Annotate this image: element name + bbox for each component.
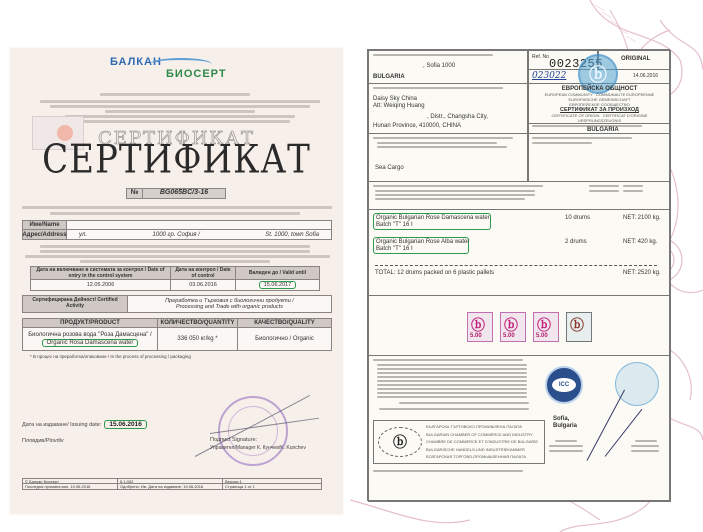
issuing-date-value: 15.06.2016 — [104, 420, 147, 429]
address-part-2: 1000 гр. София / — [153, 232, 200, 238]
chamber-name-fr: CHAMBRE DE COMMERCE ET D'INDUSTRIE DE BU… — [426, 438, 538, 446]
number-label: № — [127, 189, 143, 198]
quality-value: Биологично / Organic — [238, 328, 331, 350]
fine-print-line — [40, 100, 320, 103]
declaration-text-line — [377, 368, 527, 370]
fine-print-line — [50, 105, 310, 108]
certificate-number: № BG065BC/3-16 — [126, 188, 226, 199]
fine-print-line — [22, 206, 332, 209]
origin-country: BULGARIA — [587, 127, 619, 133]
goods-item-1-net: NET: 2100 kg. — [623, 215, 661, 221]
control-date-value: 03.06.2016 — [171, 280, 236, 290]
consignee-attn: Att: Weiqing Huang — [373, 103, 425, 109]
declaration-text-line — [377, 380, 527, 382]
declaration-text-line — [377, 364, 527, 366]
activity-table: Сертифицирана Дейност/ Certified Activit… — [22, 295, 332, 313]
product-name-en: Organic Rosa Damascena water — [42, 339, 139, 347]
entry-date-value: 12.05.2006 — [31, 280, 171, 290]
logo-line-2: БИОСЕРТ — [166, 68, 227, 80]
goods-item-2-batch: Batch "T" 16 I — [376, 246, 413, 252]
fine-print-line — [80, 260, 270, 263]
control-date-header: Дата на контрол / Date of control — [171, 267, 236, 279]
address-part-3: St. 1000, town Sofia — [265, 232, 319, 238]
quantity-label-line — [589, 185, 619, 187]
valid-until-cell: 15.06.2017 — [236, 280, 319, 290]
declaration-arabic-line — [399, 402, 529, 404]
activity-label: Сертифицирана Дейност/ Certified Activit… — [23, 296, 128, 312]
goods-item-2-highlight: Organic Bulgarian Rose Alba water Batch … — [373, 237, 469, 254]
quantity-label-line — [589, 190, 619, 192]
chamber-box: ⓑ БЪЛГАРСКА ТЪРГОВСКО-ПРОМИШЛЕНА ПАЛАТА … — [373, 420, 545, 464]
signatory-name: Управител/Manager К. Кунчев/K. Kunchev — [210, 445, 306, 451]
exporter-city: , Sofia 1000 — [423, 63, 455, 69]
quantity-header: КОЛИЧЕСТВО/QUANTITY — [158, 319, 238, 327]
chamber-names: БЪЛГАРСКА ТЪРГОВСКО-ПРОМИШЛЕНА ПАЛАТА BU… — [426, 423, 538, 461]
box1-label-line — [373, 54, 493, 56]
consignee-name: Daisy Sky China — [373, 96, 417, 102]
goods-item-1-highlight: Organic Bulgarian Rose Damascena water B… — [373, 213, 491, 230]
declaration-text-line — [373, 359, 523, 361]
signature-stroke — [587, 390, 625, 461]
stamp-date: 14.06.2016 — [633, 73, 658, 79]
handwritten-number: 023022 — [532, 71, 566, 81]
fine-print-line — [100, 93, 250, 96]
chamber-logo: ⓑ — [378, 427, 422, 457]
declaration-arabic-line — [379, 408, 529, 410]
fine-print-line — [105, 110, 255, 113]
exporter-country: BULGARIA — [373, 74, 405, 80]
chamber-name-de: BULGARISCHE HANDELS-UND INDUSTRIEKAMMER — [426, 446, 538, 454]
declaration-text-line — [377, 376, 527, 378]
revenue-stamp-cancelled: ⓑ — [566, 312, 592, 342]
certificate-title: СЕРТИФИКАТ — [10, 137, 343, 183]
fine-print-line — [65, 115, 295, 118]
goods-item-2-description: Organic Bulgarian Rose Alba water — [376, 239, 469, 245]
goods-box: Organic Bulgarian Rose Damascena water B… — [368, 182, 671, 296]
fine-print-line — [50, 212, 300, 215]
valid-until-value: 15.06.2017 — [259, 281, 297, 289]
goods-item-2-packages: 2 drums — [565, 239, 587, 245]
balkan-biocert-logo: БАЛКАН БИОСЕРТ — [110, 54, 250, 90]
organic-certificate: БАЛКАН БИОСЕРТ СЕРТИФИКАТ СЕРТИФИКАТ № B… — [10, 48, 343, 514]
original-label: ORIGINAL — [621, 56, 650, 62]
footer-approved: Одобрено: Ив. Дата на издаване: 10.06.20… — [118, 484, 222, 489]
goods-label-line — [373, 185, 543, 187]
certificate-of-origin: , Sofia 1000 BULGARIA Ref. No 0023255 OR… — [367, 49, 670, 501]
stamp-text-line — [555, 440, 577, 442]
revenue-stamp: ⓑ5.00 — [467, 312, 493, 342]
declaration-text-line — [377, 384, 527, 386]
place-country: Bulgaria — [553, 423, 577, 429]
footer-print-line — [373, 470, 523, 472]
transport-label-line — [377, 146, 507, 148]
transport-label-line — [373, 137, 513, 139]
goods-divider — [369, 209, 670, 210]
stamp-text-line — [631, 450, 659, 452]
operator-table: Име/Name Адрес/Address ул. 1000 гр. Софи… — [22, 220, 332, 240]
quantity-value: 336 050 кг/kg * — [158, 328, 238, 350]
entry-date-header: Дата на включване в системата за контрол… — [31, 267, 171, 279]
goods-label-line — [375, 198, 525, 200]
certificate-title-box: ЕВРОПЕЙСКА ОБЩНОСТ EUROPEAN COMMUNITY CO… — [528, 84, 671, 124]
issuing-date-row: Дата на издаване/ Issuing date: 15.06.20… — [22, 420, 147, 429]
total-separator — [375, 265, 657, 266]
revenue-stamp: ⓑ5.00 — [500, 312, 526, 342]
goods-item-2-net: NET: 420 kg. — [623, 239, 657, 245]
revenue-stamp: ⓑ5.00 — [533, 312, 559, 342]
number-value: BG065BC/3-16 — [143, 189, 225, 198]
declaration-text-line — [377, 396, 527, 398]
stamp-text-line — [549, 450, 583, 452]
address-part-1: ул. — [79, 232, 87, 238]
goods-label-line — [375, 190, 535, 192]
address-value: ул. 1000 гр. София / St. 1000, town Sofi… — [67, 230, 331, 239]
goods-item-1-batch: Batch "T" 16 I — [376, 222, 413, 228]
declaration-text-line — [377, 388, 527, 390]
box2-label-line — [373, 87, 503, 89]
valid-until-header: Валиден до / Valid until — [236, 267, 319, 279]
activity-value-en: Processing and Trade with organic produc… — [176, 304, 283, 310]
chamber-name-ru: БОЛГАРСКАЯ ТОРГОВО-ПРОМЫШЛЕННАЯ ПАЛАТА — [426, 453, 538, 461]
place-city: Sofia, — [553, 416, 569, 422]
quantity-label-line — [623, 190, 643, 192]
product-row: Биологична розова вода "Роза Дамасцена" … — [23, 328, 331, 350]
transport-label-line — [377, 142, 497, 144]
declaration-box: ICC Sofia, Bulgaria ⓑ БЪЛГАРСКА ТЪРГОВСК… — [368, 356, 671, 502]
fine-print-line — [70, 120, 290, 123]
remarks-label-line — [532, 137, 632, 139]
goods-label-line — [375, 194, 535, 196]
cert-title-de: URSPRUNGSZEUGNIS — [529, 118, 670, 123]
quantity-label-line — [623, 185, 643, 187]
ref-no-label: Ref. No — [532, 54, 549, 60]
icc-badge: ICC — [545, 366, 583, 404]
remarks-box — [528, 134, 671, 182]
consignee-box: Daisy Sky China Att: Weiqing Huang , Dis… — [368, 84, 528, 134]
transport-value: Sea Cargo — [375, 165, 404, 171]
total-net: NET: 2520 kg. — [623, 270, 661, 276]
blue-signature-stamp — [615, 362, 659, 406]
consignee-province: Hunan Province, 410000, CHINA — [373, 123, 461, 129]
remarks-label-line — [532, 142, 592, 144]
icc-label: ICC — [552, 378, 576, 392]
stamp-text-line — [635, 440, 657, 442]
footer-page: Страница 1 от 1 — [223, 484, 321, 489]
fine-print-line — [40, 250, 310, 253]
consignee-district: , Distr., Changsha City, — [427, 114, 488, 120]
exporter-box: , Sofia 1000 BULGARIA — [368, 50, 528, 84]
signature-label: Подпис/ Signature: — [210, 437, 257, 443]
declaration-text-line — [377, 372, 527, 374]
goods-item-1-packages: 10 drums — [565, 215, 590, 221]
document-footer: © Балкан Биосерт Последна промяна вал. 1… — [22, 478, 322, 490]
product-name-bg: Биологична розова вода "Роза Дамасцена" … — [28, 332, 152, 338]
fine-print-line — [40, 245, 310, 248]
fine-print-line — [25, 255, 330, 258]
product-table: ПРОДУКТ/PRODUCT КОЛИЧЕСТВО/QUANTITY КАЧЕ… — [22, 318, 332, 351]
origin-box: BULGARIA — [528, 124, 671, 134]
dates-table: Дата на включване в системата за контрол… — [30, 266, 320, 291]
name-value — [67, 221, 331, 229]
stamp-text-line — [549, 445, 583, 447]
product-cell: Биологична розова вода "Роза Дамасцена" … — [23, 328, 158, 350]
transport-box: Sea Cargo — [368, 134, 528, 182]
goods-item-1-description: Organic Bulgarian Rose Damascena water — [376, 215, 490, 221]
chamber-name-bg: БЪЛГАРСКА ТЪРГОВСКО-ПРОМИШЛЕНА ПАЛАТА — [426, 423, 538, 431]
place-label: Пловдив/Plovdiv — [22, 438, 64, 444]
footnote: * В процес на преработка/опаковане / In … — [30, 354, 191, 359]
chamber-name-en: BULGARIAN CHAMBER OF COMMERCE AND INDUST… — [426, 431, 538, 439]
stamps-box: ⓑ5.00 ⓑ5.00 ⓑ5.00 ⓑ — [368, 296, 671, 356]
total-description: TOTAL: 12 drums packed on 6 plastic pall… — [375, 270, 494, 276]
declaration-text-line — [377, 392, 527, 394]
activity-value: Преработка и Търговия с биологични проду… — [128, 296, 331, 312]
product-header: ПРОДУКТ/PRODUCT — [23, 319, 158, 327]
name-label: Име/Name — [23, 221, 67, 229]
quality-header: КАЧЕСТВО/QUALITY — [238, 319, 331, 327]
issuing-date-label: Дата на издаване/ Issuing date: — [22, 422, 101, 428]
footer-last-change: Последна промяна вал. 10.06.2016 — [23, 484, 117, 489]
address-label: Адрес/Address — [23, 230, 67, 239]
stamp-text-line — [631, 445, 659, 447]
